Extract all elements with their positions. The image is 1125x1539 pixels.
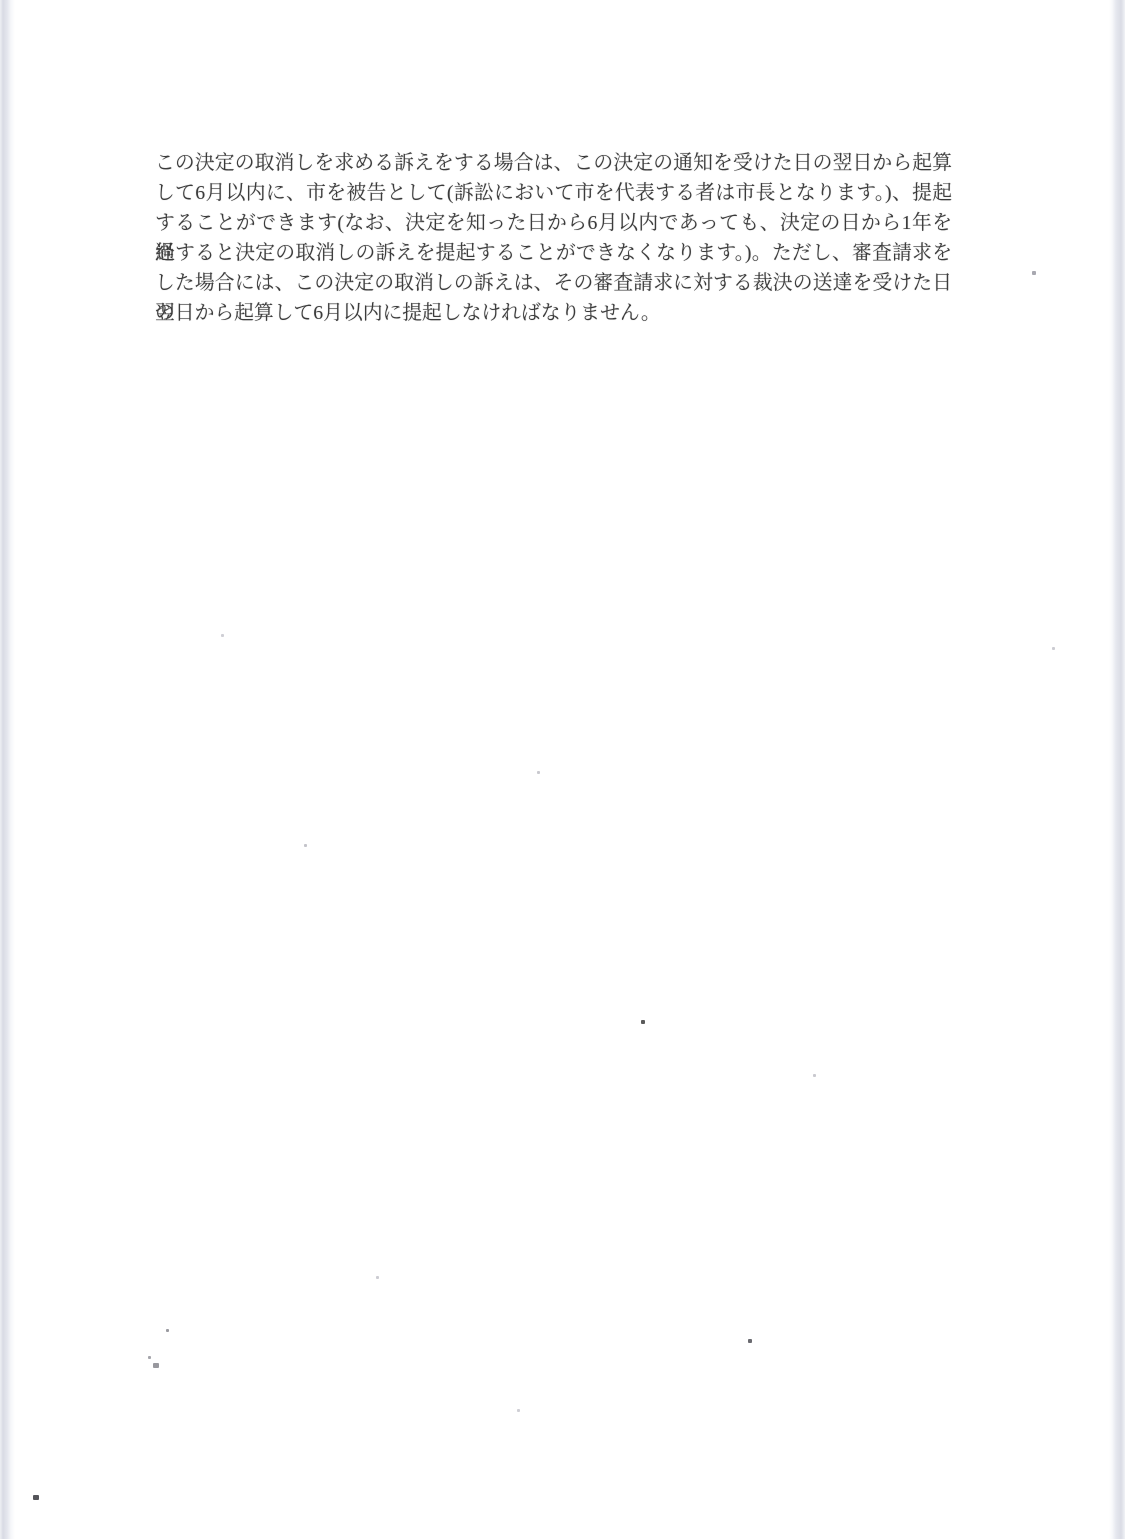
scan-speck	[33, 1495, 39, 1500]
scan-speck	[166, 1329, 169, 1332]
text-line: した場合には、この決定の取消しの訴えは、その審査請求に対する裁決の送達を受けた日…	[155, 268, 952, 298]
scan-speck	[517, 1409, 520, 1412]
scan-speck	[153, 1363, 159, 1368]
scan-speck	[813, 1074, 816, 1077]
scan-speck	[1032, 271, 1036, 275]
scan-speck	[748, 1339, 752, 1343]
page-right-edge-shadow	[1109, 0, 1125, 1539]
text-line: この決定の取消しを求める訴えをする場合は、この決定の通知を受けた日の翌日から起算	[155, 148, 952, 178]
text-line: 過すると決定の取消しの訴えを提起することができなくなります。)。ただし、審査請求…	[155, 238, 952, 268]
scan-speck	[641, 1020, 645, 1024]
scan-speck	[376, 1276, 379, 1279]
legal-notice-paragraph: この決定の取消しを求める訴えをする場合は、この決定の通知を受けた日の翌日から起算…	[155, 148, 952, 328]
text-line: 翌日から起算して6月以内に提起しなければなりません。	[155, 298, 952, 328]
scan-speck	[148, 1356, 151, 1359]
scan-speck	[1052, 647, 1055, 650]
scan-speck	[304, 844, 307, 847]
page-left-edge-shadow	[0, 0, 15, 1539]
scan-speck	[221, 634, 224, 637]
text-line: して6月以内に、市を被告として(訴訟において市を代表する者は市長となります。)、…	[155, 178, 952, 208]
scan-speck	[537, 771, 540, 774]
scanned-document-page: この決定の取消しを求める訴えをする場合は、この決定の通知を受けた日の翌日から起算…	[0, 0, 1125, 1539]
text-line: することができます(なお、決定を知った日から6月以内であっても、決定の日から1年…	[155, 208, 952, 238]
